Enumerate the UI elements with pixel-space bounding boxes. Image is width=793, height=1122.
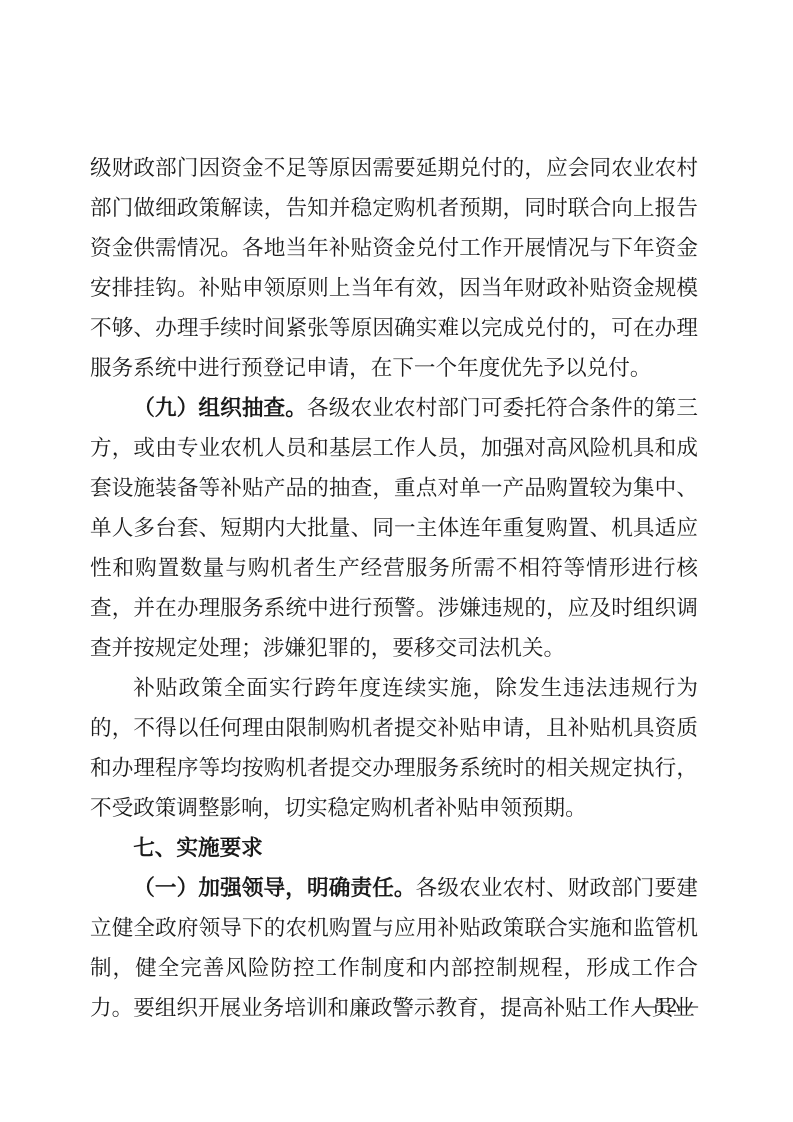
section-heading: 七、实施要求 <box>90 828 698 868</box>
paragraph: （九）组织抽查。各级农业农村部门可委托符合条件的第三方，或由专业农机人员和基层工… <box>90 388 698 668</box>
document-page: 级财政部门因资金不足等原因需要延期兑付的，应会同农业农村部门做细政策解读，告知并… <box>0 0 793 1122</box>
paragraph-lead: （九）组织抽查。 <box>133 396 307 420</box>
paragraph: 级财政部门因资金不足等原因需要延期兑付的，应会同农业农村部门做细政策解读，告知并… <box>90 148 698 388</box>
page-number: —12— <box>90 990 698 1020</box>
document-body: 级财政部门因资金不足等原因需要延期兑付的，应会同农业农村部门做细政策解读，告知并… <box>90 148 698 1028</box>
paragraph: 补贴政策全面实行跨年度连续实施，除发生违法违规行为的，不得以任何理由限制购机者提… <box>90 668 698 828</box>
paragraph-lead: （一）加强领导，明确责任。 <box>133 876 415 900</box>
